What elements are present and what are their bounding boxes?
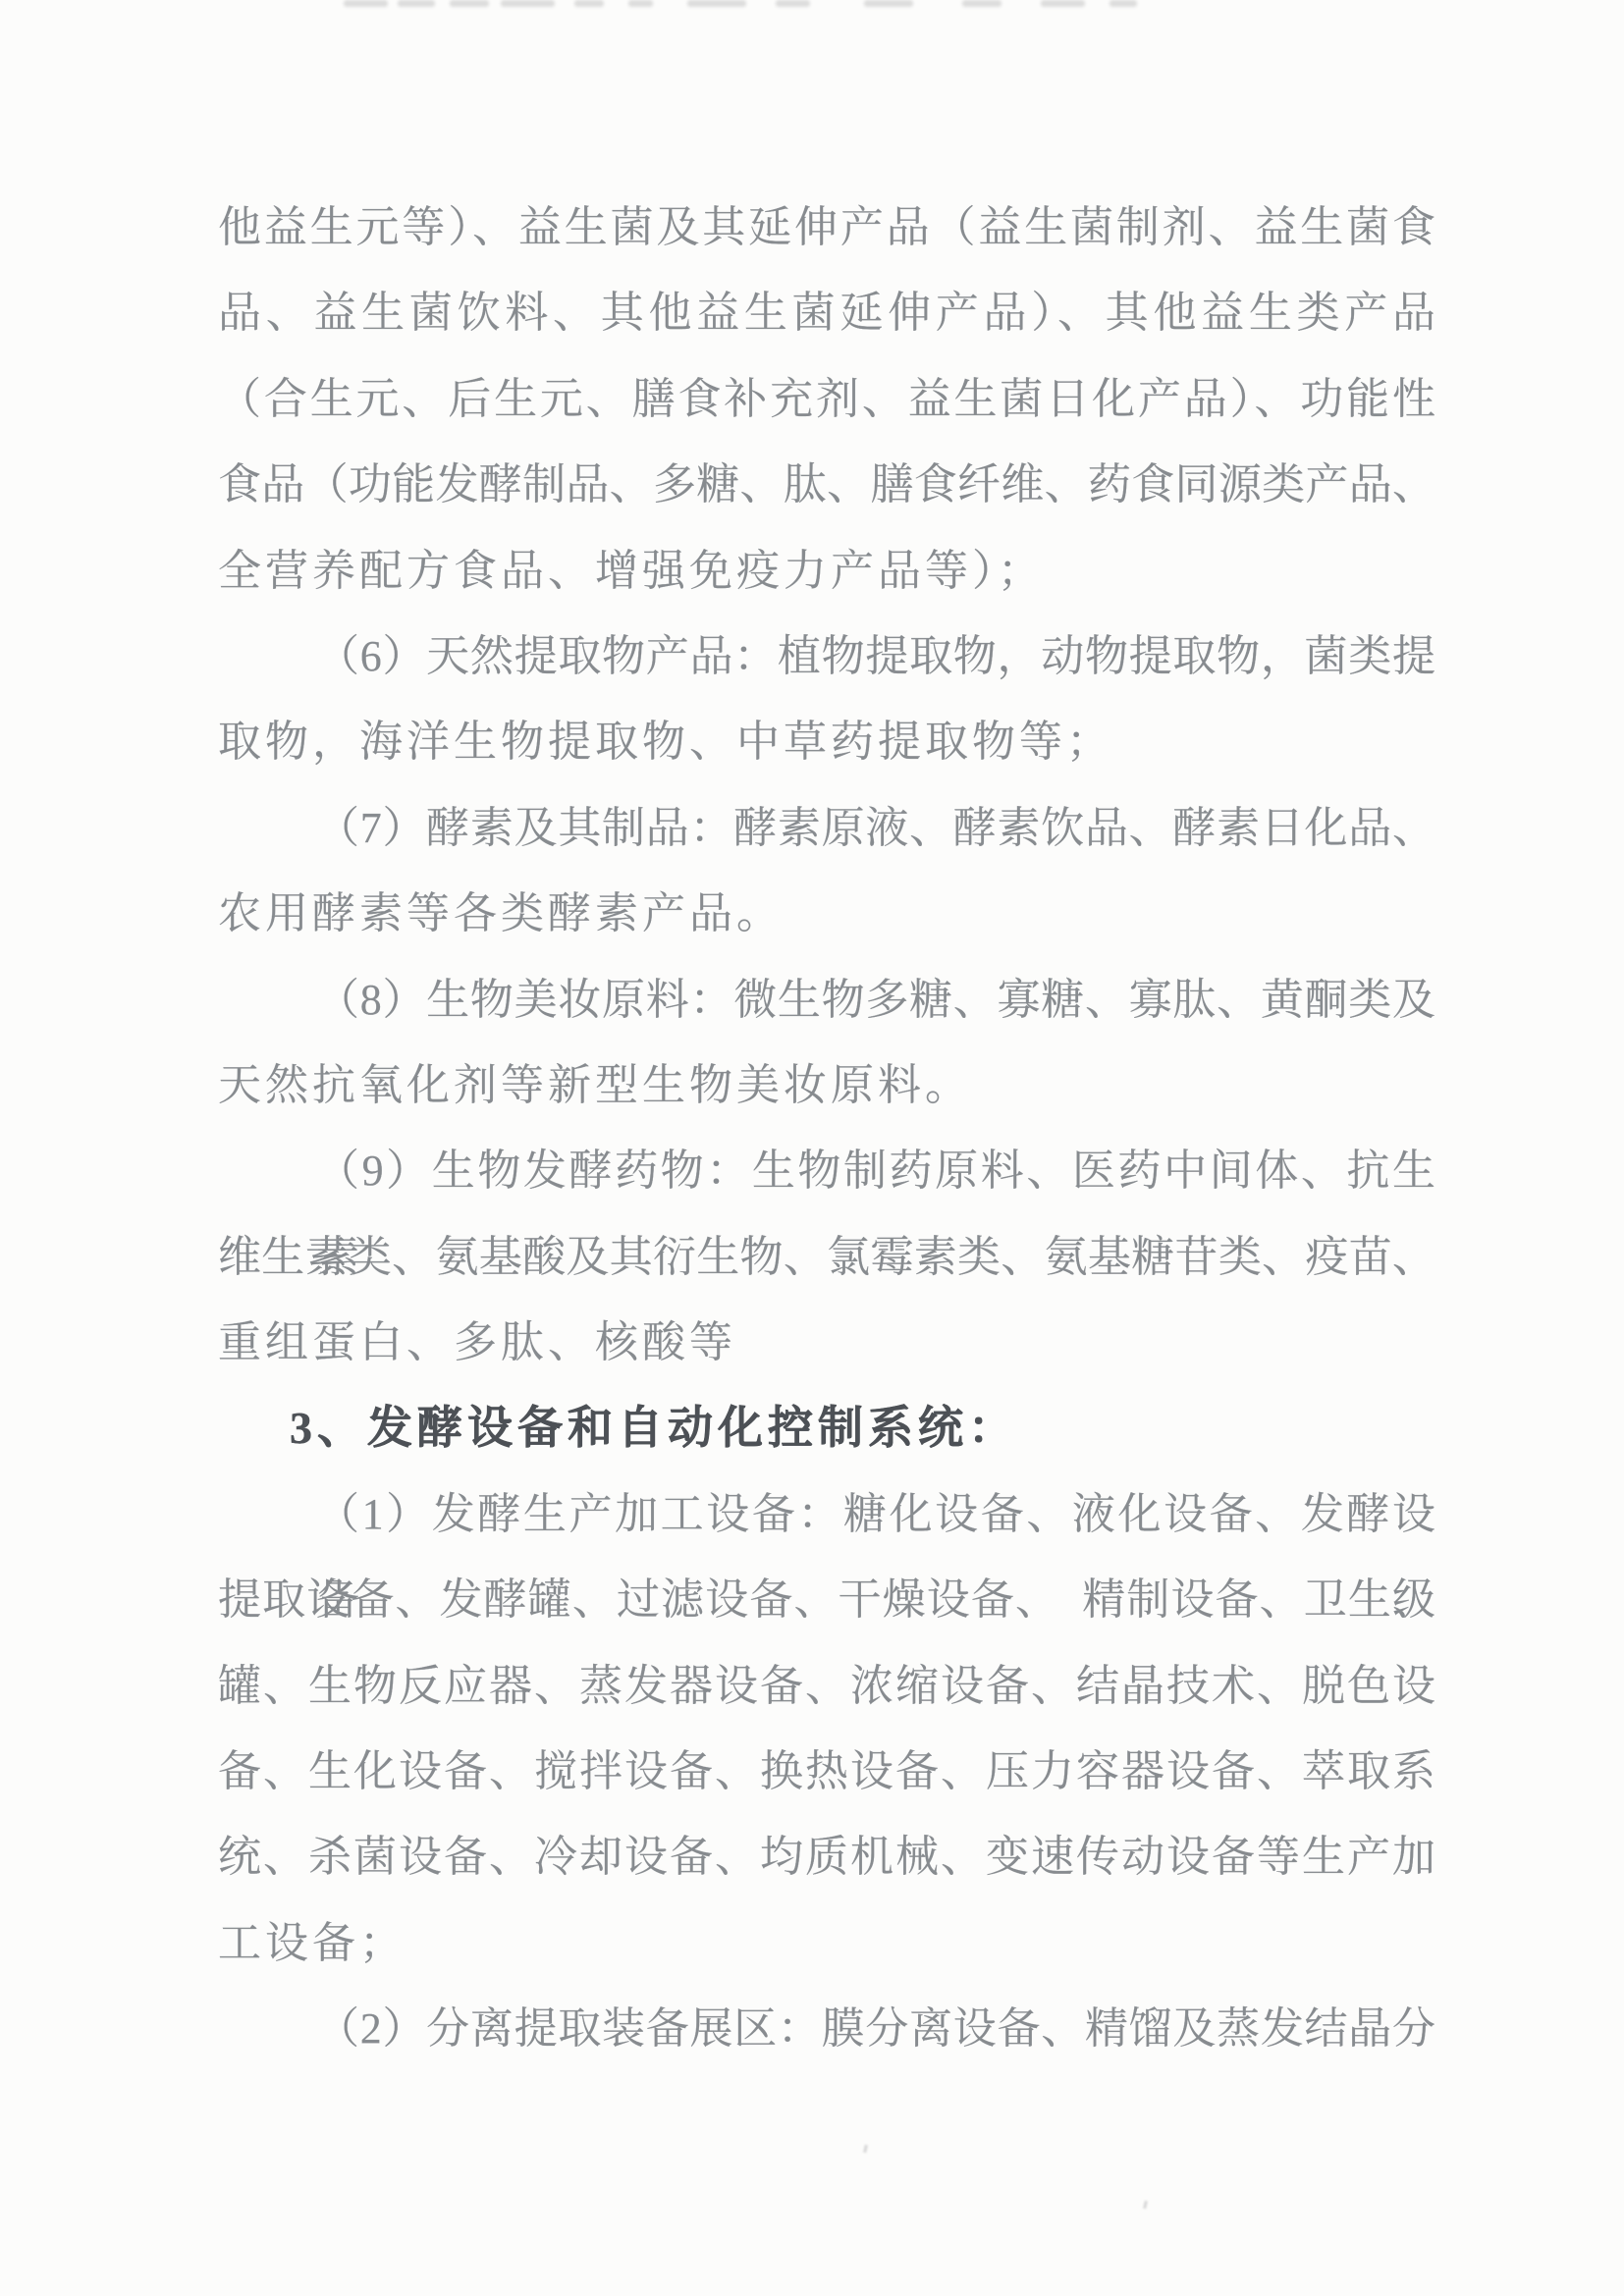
scan-artifact-dash: [501, 0, 555, 7]
scan-artifact-dash: [687, 0, 746, 7]
scan-artifact-dash: [1110, 0, 1137, 7]
text-line: 取物，海洋生物提取物、中草药提取物等；: [218, 699, 1435, 784]
text-line: 天然抗氧化剂等新型生物美妆原料。: [218, 1042, 1435, 1128]
text-line: 他益生元等）、益生菌及其延伸产品（益生菌制剂、益生菌食: [218, 185, 1435, 270]
scan-artifact-dash: [776, 0, 810, 7]
section-heading: 3、发酵设备和自动化控制系统：: [218, 1385, 1435, 1470]
text-line: 备、生化设备、搅拌设备、换热设备、压力容器设备、萃取系: [218, 1729, 1435, 1814]
scan-artifact-speck: [1143, 2201, 1148, 2209]
text-line: 全营养配方食品、增强免疫力产品等）；: [218, 528, 1435, 614]
scan-artifact-dash: [450, 0, 489, 7]
text-line: 罐、生物反应器、蒸发器设备、浓缩设备、结晶技术、脱色设: [218, 1643, 1435, 1729]
text-line: （6）天然提取物产品：植物提取物，动物提取物，菌类提: [218, 614, 1435, 699]
scan-artifact-dash: [344, 0, 388, 7]
scan-artifact-dash: [574, 0, 604, 7]
text-line: 统、杀菌设备、冷却设备、均质机械、变速传动设备等生产加: [218, 1814, 1435, 1899]
text-line: 工设备；: [218, 1900, 1435, 1986]
document-page: 他益生元等）、益生菌及其延伸产品（益生菌制剂、益生菌食品、益生菌饮料、其他益生菌…: [0, 0, 1624, 2296]
text-line: 食品（功能发酵制品、多糖、肽、膳食纤维、药食同源类产品、: [218, 442, 1435, 527]
text-line: 提取设备、发酵罐、过滤设备、干燥设备、 精制设备、卫生级: [218, 1557, 1435, 1642]
scan-artifact-dash: [398, 0, 435, 7]
scan-artifact-dash: [628, 0, 653, 7]
scan-artifacts: [0, 0, 1624, 20]
scan-artifact-dash: [864, 0, 913, 7]
scan-artifact-dash: [1041, 0, 1085, 7]
text-line: 品、益生菌饮料、其他益生菌延伸产品）、其他益生类产品: [218, 270, 1435, 355]
text-line: 维生素类、氨基酸及其衍生物、氯霉素类、氨基糖苷类、疫苗、: [218, 1214, 1435, 1300]
text-line: （7）酵素及其制品：酵素原液、酵素饮品、酵素日化品、: [218, 785, 1435, 871]
scan-artifact-speck: [863, 2145, 868, 2153]
text-line: （8）生物美妆原料：微生物多糖、寡糖、寡肽、黄酮类及: [218, 957, 1435, 1042]
text-line: 农用酵素等各类酵素产品。: [218, 871, 1435, 956]
text-line: （2）分离提取装备展区：膜分离设备、精馏及蒸发结晶分: [218, 1986, 1435, 2071]
text-line: 重组蛋白、多肽、核酸等: [218, 1300, 1435, 1385]
scan-artifact-dash: [962, 0, 1001, 7]
text-line: （合生元、后生元、膳食补充剂、益生菌日化产品）、功能性: [218, 356, 1435, 442]
text-line: （1）发酵生产加工设备：糖化设备、液化设备、发酵设备、: [218, 1471, 1435, 1557]
document-body: 他益生元等）、益生菌及其延伸产品（益生菌制剂、益生菌食品、益生菌饮料、其他益生菌…: [218, 185, 1435, 2072]
text-line: （9）生物发酵药物：生物制药原料、医药中间体、抗生素、: [218, 1128, 1435, 1213]
